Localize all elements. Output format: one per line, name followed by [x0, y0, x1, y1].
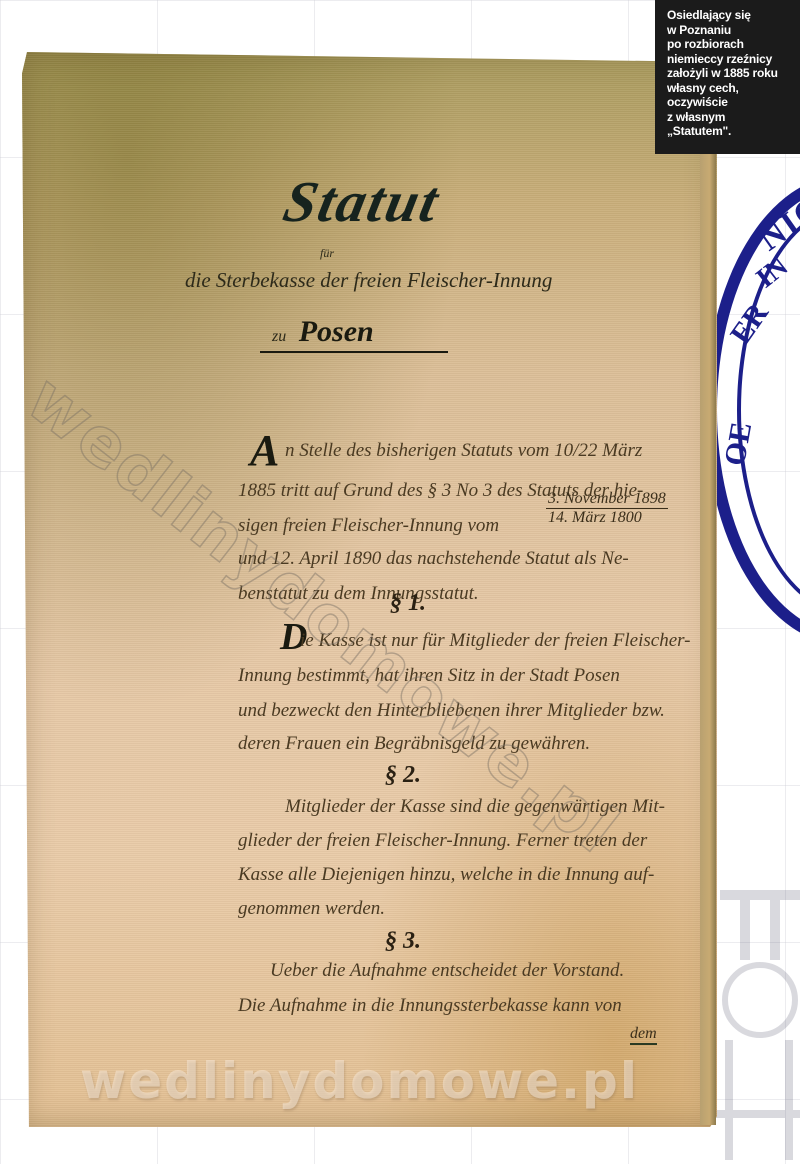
section-line: Die Aufnahme in die Innungssterbekasse k… — [238, 995, 622, 1017]
section-number: § 3. — [385, 928, 421, 955]
caption-line: niemieccy rzeźnicy — [667, 52, 794, 67]
intro-date-fraction: 3. November 1898 14. März 1800 — [546, 490, 668, 527]
caption-line: w Poznaniu — [667, 23, 794, 38]
document-city: Posen — [299, 315, 374, 348]
caption-line: „Statutem". — [667, 124, 794, 139]
caption-box: Osiedlający się w Poznaniu po rozbiorach… — [655, 0, 800, 154]
document-subtitle-zu: zu — [272, 328, 286, 345]
paper-edge — [700, 150, 716, 1125]
catchword: dem — [630, 1025, 657, 1045]
document-subtitle: die Sterbekasse der freien Fleischer-Inn… — [185, 268, 552, 293]
document-title: Statut — [278, 168, 446, 235]
caption-line: własny cech, — [667, 81, 794, 96]
section-line: genommen werden. — [238, 898, 385, 920]
caption-line: po rozbiorach — [667, 37, 794, 52]
section-number: § 2. — [385, 762, 421, 789]
intro-date-bottom: 14. März 1800 — [546, 509, 668, 527]
press-machine-illustration — [715, 880, 800, 1164]
caption-line: Osiedlający się — [667, 8, 794, 23]
watermark-bottom: wedlinydomowe.pl — [80, 1052, 639, 1110]
intro-line: n Stelle des bisherigen Statuts vom 10/2… — [285, 440, 642, 462]
caption-line: założyli w 1885 roku — [667, 66, 794, 81]
caption-line: oczywiście — [667, 95, 794, 110]
section-line: Ueber die Aufnahme entscheidet der Vorst… — [270, 960, 624, 982]
section-line: Kasse alle Diejenigen hinzu, welche in d… — [238, 864, 654, 886]
document-subtitle-fuer: für — [320, 246, 334, 261]
section-number: § 1. — [390, 590, 426, 617]
intro-date-top: 3. November 1898 — [546, 490, 668, 509]
caption-line: z własnym — [667, 110, 794, 125]
intro-initial: A — [250, 425, 279, 476]
document-city-line: zu Posen — [260, 315, 448, 353]
